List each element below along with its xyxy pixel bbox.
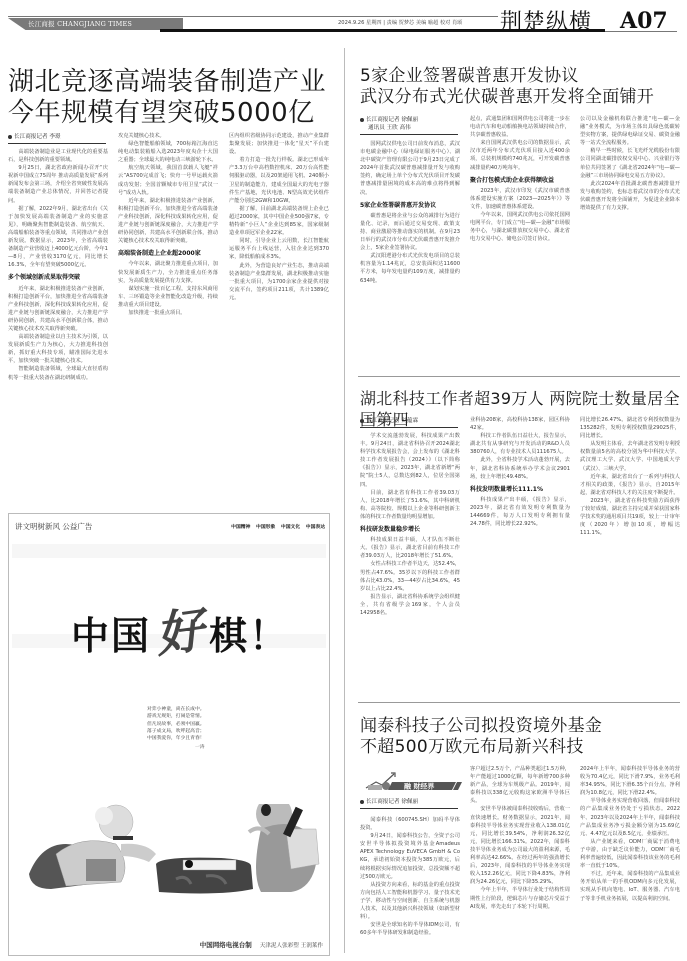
paragraph: 今年以来，湖北聚力推进重点项目，加快发展新质生产力，全力推进重点任务落实，为高质… bbox=[118, 260, 218, 284]
paragraph: 稍早一些时候，长飞光纤光缆股份有限公司同湖北碳排放权交易中心、兴业银行等单位共同… bbox=[580, 147, 680, 179]
poem-line: 但凡说故事，必须中国赢。 bbox=[147, 721, 205, 728]
paragraph: 此次2024年首批湖北碳普惠减排量开发与收购签约，也标志着武汉市的分布式光伏碳普… bbox=[580, 180, 680, 212]
chart-trend-icon: 融 财经界 bbox=[364, 770, 464, 792]
paragraph: 科技成果日益丰硕，人才队伍不断壮大。《报告》显示，湖北省目前有科技工作者39.0… bbox=[360, 536, 460, 560]
ad-credit-main: 中国网络电视台制 bbox=[200, 941, 252, 949]
subheading: 聚合打包模式助企业获得额收益 bbox=[470, 177, 570, 185]
paragraph: 目前，湖北省有科技工作者39.03万人，比2018年增长了51.6%，其中科研机… bbox=[360, 489, 460, 521]
clay-figurines-image bbox=[21, 804, 321, 909]
paragraph: 学术交流蓬勃发展，科技成果产出数丰。9月24日，湖北省科协召开2024湖北科学技… bbox=[360, 432, 460, 489]
poem-line: 游戏无规矩，打闹是常情。 bbox=[147, 713, 205, 720]
paragraph: 据了解，2022年9月，湖北省出台《关于加快发展高端装备制造产业的实施意见》，明… bbox=[8, 205, 108, 270]
main-headline-line2: 今年规模有望突破5000亿 bbox=[8, 98, 326, 129]
paragraph: 从投资方向来看，标的基金的重点投资方向包括人工智能和机器学习、量子技术光子学、移… bbox=[360, 881, 460, 921]
main-headline-line1: 湖北竞逐高端装备制造产业 bbox=[8, 67, 326, 98]
byline-text: 通讯员 王欣 高伟 bbox=[360, 123, 458, 131]
paragraph: 国网武汉供电公司日前发布消息，武汉市电碳金融中心（绿电绿证服务中心）、湖北中碳资… bbox=[360, 140, 460, 197]
ad-tag: 中国表达 bbox=[306, 525, 325, 530]
paragraph: 武汉阳逻港分布式光伏发电项目的总装机容量为1.14兆瓦，总安装面积达11600平… bbox=[360, 252, 460, 284]
main-col-2: 攻克关键核心技术。 绿色智能船舶领域，700标箱江海直达纯电动集装箱船入选202… bbox=[118, 132, 218, 500]
article4-headline-line2: 不超500万欧元布局新兴科技 bbox=[360, 737, 602, 758]
paragraph: 攻克关键核心技术。 bbox=[118, 132, 218, 140]
article3-byline: 长江商报记者 刘蕴霖 bbox=[360, 416, 458, 428]
paragraph: 科技工作者队伍日益壮大，报告显示，湖北共有从事研究与开发活动的R&D人员3807… bbox=[470, 432, 570, 456]
main-col-3: 区内组织省级协同示范建设，推动产业集群集聚发展；加快推进一体化“星天”平台建设。… bbox=[229, 132, 329, 500]
column-divider bbox=[344, 48, 345, 953]
subheading: 科技发明数量增长111.1% bbox=[470, 486, 570, 494]
ad-tag: 中国文化 bbox=[281, 525, 300, 530]
paragraph: 不过，近年来，闻泰科技的产品集成业务开始从单一的手机ODM向多元化发展，实现从手… bbox=[580, 870, 680, 902]
ad-title-pre: 中国 bbox=[71, 614, 151, 658]
paragraph: 业科协208家，高校科协138家，园区科协42家。 bbox=[470, 416, 570, 432]
bullet-icon bbox=[360, 419, 364, 423]
paragraph: 据了解，目前湖北高端装备规上企业已超过2000家，其中中国企业500强7家，专精… bbox=[229, 205, 329, 237]
paragraph: 今年以来，国网武汉供电公司依托国网电网平台，专门成立“电—碳—金融”市场服务中心… bbox=[470, 211, 570, 243]
paragraph: 此外，全省科技学术活动蓬勃开展，去年，湖北省科协系统举办学术会议2901场，较上… bbox=[470, 456, 570, 480]
article2-headline: 5家企业签署碳普惠开发协议 武汉分布式光伏碳普惠开发将全面铺开 bbox=[360, 66, 654, 108]
issue-meta: 2024.9.26 星期四 | 责编 贺梦芯 美编 喻超 校对 肖颂 bbox=[338, 19, 462, 26]
article4-col-2: 客户超过2.5万个，产品种类超过1.5万种，年产能超过1000亿颗，每年新增70… bbox=[470, 765, 570, 956]
section-title: 荆楚纵横 bbox=[500, 5, 592, 36]
article2-headline-line2: 武汉分布式光伏碳普惠开发将全面铺开 bbox=[360, 87, 654, 108]
paragraph: 9月25日，湖北省政府新闻办召开“庆祝新中国成立75周年 推动高质量发展”系列新… bbox=[8, 164, 108, 204]
paragraph: 同时，引导企业上云用数，长江智能航运服务平台上线运营，入驻企业达到370家，降低… bbox=[229, 237, 329, 261]
ad-stripe bbox=[12, 544, 326, 558]
paragraph: 来自国网武汉供电公司的数据显示，武汉市近两年分布式光伏项目接入近400余项，总装… bbox=[470, 139, 570, 171]
section-rule bbox=[358, 376, 680, 377]
bullet-icon bbox=[360, 118, 364, 122]
article2-byline: 长江商报记者 徐佩丽 通讯员 王欣 高伟 bbox=[360, 115, 458, 135]
ad-tags: 中国精神 中国形象 中国文化 中国表达 bbox=[231, 523, 325, 530]
public-service-ad: 讲文明树新风 公益广告 中国精神 中国形象 中国文化 中国表达 中国好棋！ 对弈… bbox=[8, 513, 330, 956]
paragraph: 女性占科技工作者半边天，达52.4%，男性占47.6%。35岁以下的科技工作者群… bbox=[360, 560, 460, 592]
main-byline: 长江商报记者 李璟 bbox=[8, 132, 106, 144]
section-rule bbox=[358, 702, 680, 703]
byline-text: 长江商报记者 刘蕴霖 bbox=[366, 418, 418, 424]
paragraph: 今年上半年，半导体行业处于结构性周期性上行阶段，逻辑芯片与存储芯片受益于AI发展… bbox=[470, 886, 570, 910]
byline-text: 长江商报记者 李璟 bbox=[14, 134, 61, 140]
article3-col-1: 学术交流蓬勃发展，科技成果产出数丰。9月24日，湖北省科协召开2024湖北科学技… bbox=[360, 432, 460, 694]
ad-title-script: 好 bbox=[150, 591, 209, 666]
article3-col-2: 业科协208家，高校科协138家，园区科协42家。 科技工作者队伍日益壮大，报告… bbox=[470, 416, 570, 694]
subheading: 高端装备制造上企业超2000家 bbox=[118, 250, 218, 258]
paragraph: 加快推进一批重点项目。 bbox=[118, 309, 218, 317]
paragraph: 同比增长26.47%。湖北省专利授权数量为135282件，发明专利授权数量290… bbox=[580, 416, 680, 440]
paragraph: 9月24日，闻泰科技公告，全资子公司安世半导体拟投资境外基金Amadeus AP… bbox=[360, 832, 460, 881]
finance-column-logo: 融 财经界 bbox=[364, 770, 464, 790]
paragraph: 着力打造一批先行样板。湖北已形成年产3.3万台中高档数控机床、20万台高性能伺服… bbox=[229, 156, 329, 205]
paragraph: 报告显示，湖北省科协系统学会组织健全，共有省级学会169家，个人会员142958… bbox=[360, 593, 460, 617]
paragraph: 科技成果产出丰硕，《报告》显示，2023年，湖北省有效发明专利数量为144669… bbox=[470, 496, 570, 528]
paragraph: 绿色智能船舶领域，700标箱江海直达纯电动集装箱船入选2023年度央企十大国之重… bbox=[118, 140, 218, 164]
paragraph: 闻泰科技（600745.SH）加码半导体投资。 bbox=[360, 816, 460, 832]
paragraph: 2023年，湖北省在科技奖励方面获得了较好成绩，湖北省主持完成并荣获国家科学技术… bbox=[580, 497, 680, 537]
paragraph: 智能制造装备领域，全球最大直径盾构机等一批重大装备在湖北研制成功。 bbox=[8, 365, 108, 381]
bullet-icon bbox=[8, 135, 12, 139]
poem-line: 中国我爱你，年少且青春！ bbox=[147, 735, 205, 742]
paragraph: 客户超过2.5万个，产品种类超过1.5万种，年产能超过1000亿颗，每年新增70… bbox=[470, 765, 570, 805]
paragraph: 碳普惠是将企业与公众的减排行为进行量化、记录，而后通过交易变现、政策支持、商业激… bbox=[360, 212, 460, 252]
masthead-top-rule bbox=[8, 16, 498, 17]
article2-col-1: 国网武汉供电公司日前发布消息，武汉市电碳金融中心（绿电绿证服务中心）、湖北中碳资… bbox=[360, 140, 460, 368]
paragraph: 近年来，湖北省出台了一系列与科技人才相关的政策，《报告》显示，自2015年起，湖… bbox=[580, 473, 680, 497]
paragraph: 安世是全球知名的半导体IDM公司，有60多年半导体研发和制造经验。 bbox=[360, 921, 460, 937]
poem-line: 对弈小神童，尚在长成中。 bbox=[147, 706, 205, 713]
main-headline: 湖北竞逐高端装备制造产业 今年规模有望突破5000亿 bbox=[8, 67, 326, 129]
article4-col-3: 2024年上半年，闻泰科技半导体业务的营收为70.4亿元，同比下滑7.9%，业务… bbox=[580, 765, 680, 956]
paragraph: 高端装备制造业以自主技术为引领，以发展新质生产力为核心，大力推进科技创新，抓好重… bbox=[8, 333, 108, 365]
subheading: 5家企业签署碳普惠开发协议 bbox=[360, 202, 460, 210]
poem-line: 落子成文局，吹呼起高音； bbox=[147, 728, 205, 735]
paper-name: 长江商报 CHANGJIANG TIMES bbox=[28, 19, 132, 28]
ad-title: 中国好棋！ bbox=[71, 594, 289, 663]
paragraph: 航空航天领域，我国首款载人飞艇“祥云”AS700完成首飞；快舟一号甲运载火箭成功… bbox=[118, 164, 218, 196]
paragraph: 区内组织省级协同示范建设，推动产业集群集聚发展；加快推进一体化“星天”平台建设。 bbox=[229, 132, 329, 156]
page-number: A07 bbox=[620, 8, 668, 34]
ad-tag: 中国形象 bbox=[256, 525, 275, 530]
paragraph: 2024年上半年，闻泰科技半导体业务的营收为70.4亿元，同比下滑7.9%，业务… bbox=[580, 765, 680, 797]
ad-poem: 对弈小神童，尚在长成中。 游戏无规矩，打闹是常情。 但凡说故事，必须中国赢。 落… bbox=[147, 706, 205, 752]
article4-col-1: 闻泰科技（600745.SH）加码半导体投资。 9月24日，闻泰科技公告，全资子… bbox=[360, 816, 460, 956]
paragraph: 高端装备制造业是工业现代化的重要基石，是科技创新的重要领域。 bbox=[8, 148, 108, 164]
article4-headline: 闻泰科技子公司拟投资境外基金 不超500万欧元布局新兴科技 bbox=[360, 716, 602, 758]
byline-text: 长江商报记者 徐佩丽 bbox=[366, 799, 418, 805]
paragraph: 从产业链来看，ODM厂商属于消费电子中游，由于缺乏议价能力，ODM厂商毛利率普遍… bbox=[580, 838, 680, 870]
ad-tag: 中国精神 bbox=[231, 525, 250, 530]
paragraph: 谋划实施一批百亿工程，支持东风商用车、三环锻造等企业智能化改造升级，持续推动重大… bbox=[118, 285, 218, 309]
ad-credit: 中国网络电视台制天津泥人张彩塑 王润莱作 bbox=[200, 940, 323, 949]
subheading: 科技研发数量稳步增长 bbox=[360, 526, 460, 534]
svg-text:融 财经界: 融 财经界 bbox=[404, 782, 434, 791]
subheading: 多个领域创新成果取得突破 bbox=[8, 274, 108, 282]
paragraph: 半导体业务实现营收回落，但闻泰科技的产品集成业务仍处于亏损状态。2022年、20… bbox=[580, 797, 680, 837]
article2-col-3: 公司以及金融机构联合推进“电—碳—金融”业务模式，为市场主体出具绿色低碳转型实物… bbox=[580, 115, 680, 368]
ad-header: 讲文明树新风 公益广告 bbox=[15, 521, 92, 532]
article2-col-2: 起点，武通集团和国网供电公司将进一步在电动汽车和电动船舶换电站领域持续合作，共享… bbox=[470, 115, 570, 368]
article3-col-3: 同比增长26.47%。湖北省专利授权数量为135282件，发明专利授权数量290… bbox=[580, 416, 680, 694]
article2-headline-line1: 5家企业签署碳普惠开发协议 bbox=[360, 66, 654, 87]
paragraph: 近年来，湖北积极推进装备产业创新，积极打造创新平台，加快推进全省高端装备产业科技… bbox=[8, 285, 108, 334]
ad-title-post: 棋！ bbox=[209, 614, 289, 658]
poem-signature: 一涛 bbox=[147, 744, 205, 751]
paragraph: 安世半导体被闻泰科技收购后，营收一直快速增长。财务数据显示，2021年，闻泰科技… bbox=[470, 805, 570, 886]
bullet-icon bbox=[360, 800, 364, 804]
paragraph: 近年来，湖北积极推进装备产业创新，积极打造创新平台，加快推进全省高端装备产业科技… bbox=[118, 197, 218, 246]
ad-credit-sub: 天津泥人张彩塑 王润莱作 bbox=[260, 943, 323, 949]
article4-byline: 长江商报记者 徐佩丽 bbox=[360, 797, 458, 809]
paragraph: 起点，武通集团和国网供电公司将进一步在电动汽车和电动船舶换电站领域持续合作，共享… bbox=[470, 115, 570, 139]
masthead: 长江商报 CHANGJIANG TIMES 2024.9.26 星期四 | 责编… bbox=[0, 0, 687, 40]
article4-headline-line1: 闻泰科技子公司拟投资境外基金 bbox=[360, 716, 602, 737]
main-col-1: 高端装备制造业是工业现代化的重要基石，是科技创新的重要领域。 9月25日，湖北省… bbox=[8, 148, 108, 500]
paragraph: 2023年，武汉市印发《武汉市碳普惠体系建设实施方案（2023—2025年）》等… bbox=[470, 187, 570, 211]
paragraph: 公司以及金融机构联合推进“电—碳—金融”业务模式，为市场主体出具绿色低碳转型实物… bbox=[580, 115, 680, 147]
paragraph: 从发明主体看，去年湖北省发明专利授权数量前5名的高校分别为华中科技大学、武汉理工… bbox=[580, 440, 680, 472]
paragraph: 此外，为营造良好产业生态，推动高端装备制造产业集群发展，湖北积极推动实施一批重大… bbox=[229, 262, 329, 302]
